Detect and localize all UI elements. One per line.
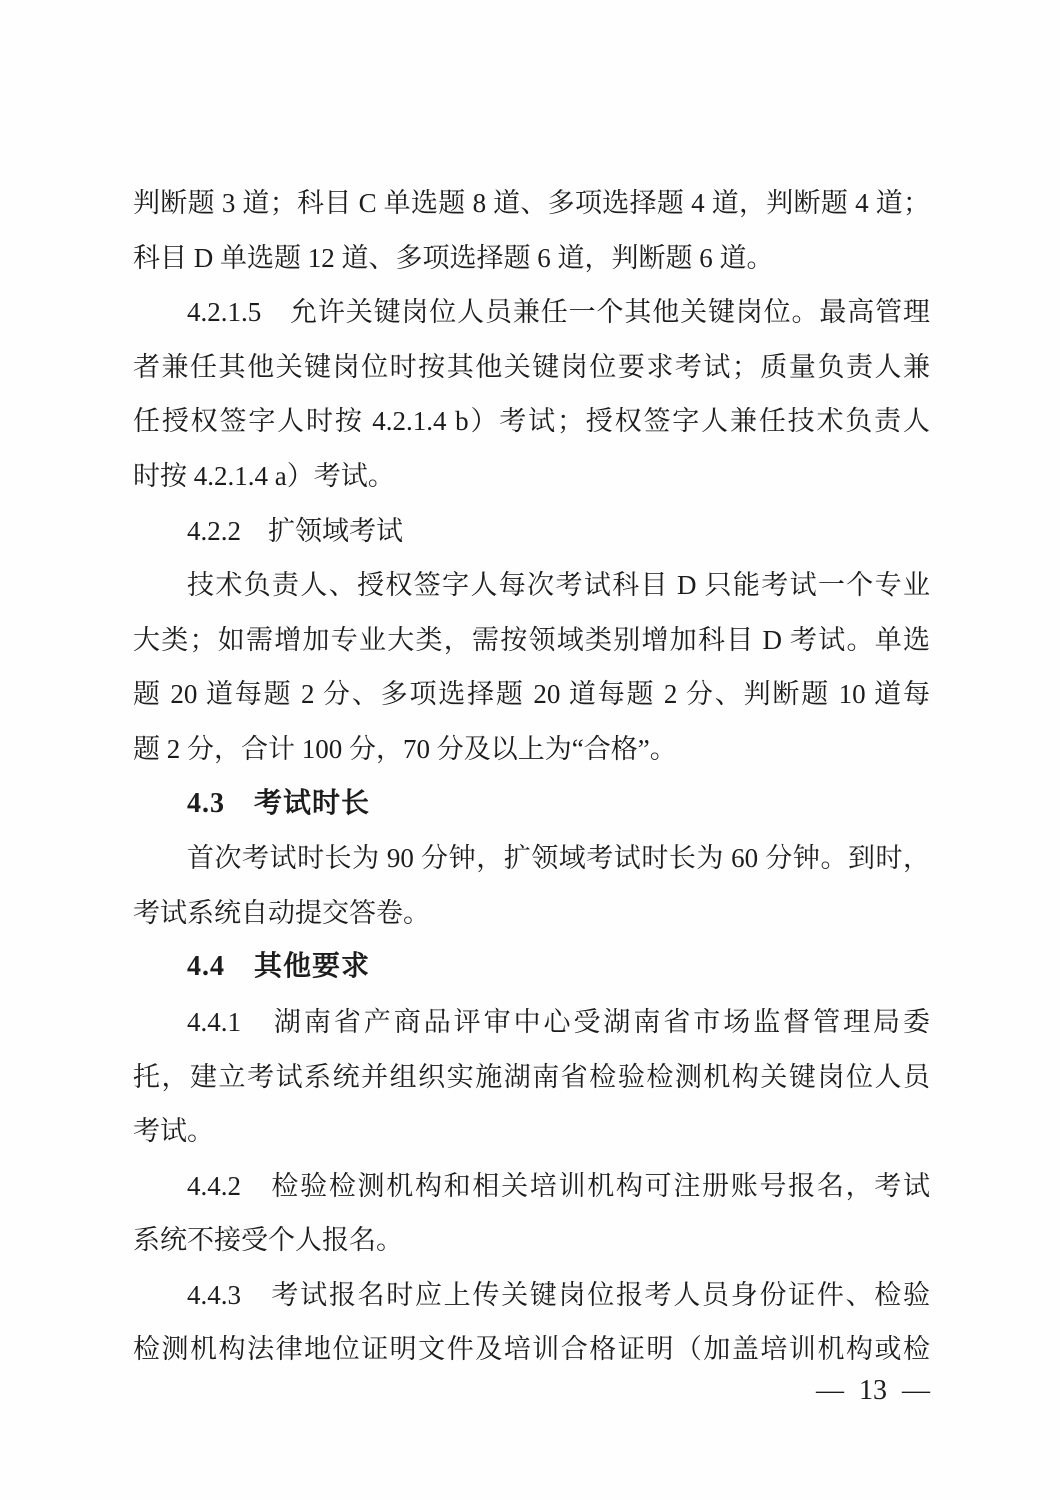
text-line: 技术负责人、授权签字人每次考试科目 D 只能考试一个专业 [133,558,930,613]
text-line: 时按 4.2.1.4 a）考试。 [133,449,930,504]
text-line: 考试。 [133,1104,930,1159]
text-line: 4.4.1 湖南省产商品评审中心受湖南省市场监督管理局委 [133,995,930,1050]
text-line: 4.2.2 扩领域考试 [133,504,930,559]
text-line: 题 20 道每题 2 分、多项选择题 20 道每题 2 分、判断题 10 道每 [133,667,930,722]
text-line: 托，建立考试系统并组织实施湖南省检验检测机构关键岗位人员 [133,1050,930,1105]
text-line: 判断题 3 道；科目 C 单选题 8 道、多项选择题 4 道，判断题 4 道； [133,176,930,231]
text-line: 任授权签字人时按 4.2.1.4 b）考试；授权签字人兼任技术负责人 [133,394,930,449]
text-line: 系统不接受个人报名。 [133,1213,930,1268]
text-line: 科目 D 单选题 12 道、多项选择题 6 道，判断题 6 道。 [133,231,930,286]
text-line: 4.4.3 考试报名时应上传关键岗位报考人员身份证件、检验 [133,1268,930,1323]
section-heading-line: 4.4 其他要求 [133,940,930,995]
section-heading-line: 4.3 考试时长 [133,777,930,832]
text-line: 大类；如需增加专业大类，需按领域类别增加科目 D 考试。单选 [133,613,930,668]
page-number: — 13 — [133,1364,930,1418]
text-line: 4.2.1.5 允许关键岗位人员兼任一个其他关键岗位。最高管理 [133,285,930,340]
text-line: 考试系统自动提交答卷。 [133,886,930,941]
document-body: 判断题 3 道；科目 C 单选题 8 道、多项选择题 4 道，判断题 4 道；科… [133,176,930,1377]
text-line: 4.4.2 检验检测机构和相关培训机构可注册账号报名，考试 [133,1159,930,1214]
document-page: 判断题 3 道；科目 C 单选题 8 道、多项选择题 4 道，判断题 4 道；科… [0,0,1060,1500]
text-line: 首次考试时长为 90 分钟，扩领域考试时长为 60 分钟。到时， [133,831,930,886]
text-line: 题 2 分，合计 100 分，70 分及以上为“合格”。 [133,722,930,777]
text-line: 者兼任其他关键岗位时按其他关键岗位要求考试；质量负责人兼 [133,340,930,395]
